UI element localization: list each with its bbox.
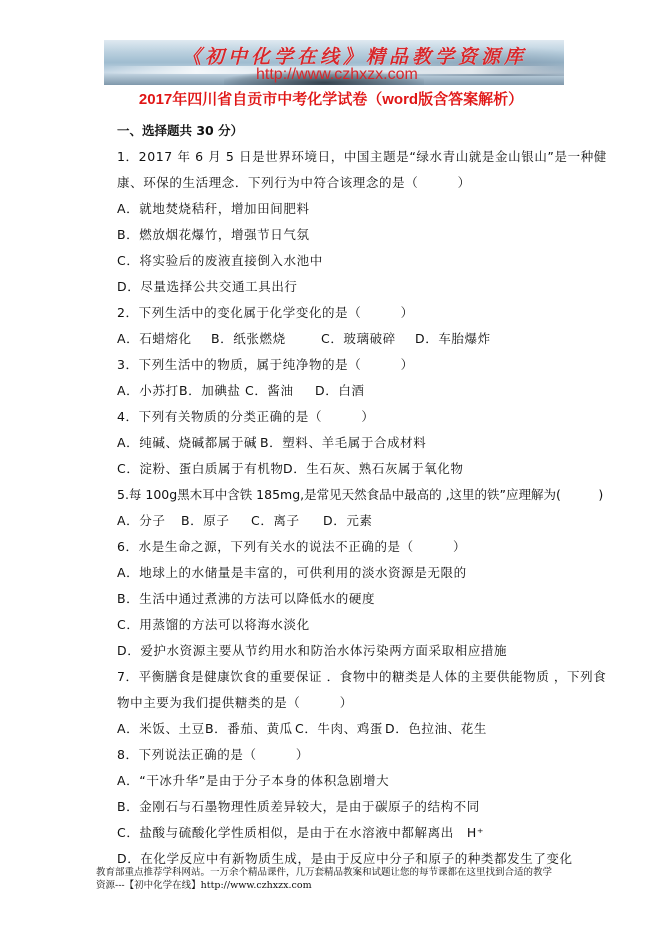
question-4-options-row-1: A．纯碱、烧碱都属于碱B．塑料、羊毛属于合成材料 — [117, 433, 426, 451]
question-2-stem: 2．下列生活中的变化属于化学变化的是（ ） — [117, 303, 414, 321]
question-3-stem: 3．下列生活中的物质，属于纯净物的是（ ） — [117, 355, 414, 373]
question-8-option-c: C．盐酸与硫酸化学性质相似，是由于在水溶液中都解离出 H⁺ — [117, 823, 484, 841]
question-6-stem: 6．水是生命之源，下列有关水的说法不正确的是（ ） — [117, 537, 466, 555]
question-7-stem-line-1: 7．平衡膳食是健康饮食的重要保证 ．食物中的糖类是人体的主要供能物质 ，下列食 — [117, 667, 606, 685]
section-heading: 一、选择题共 30 分） — [117, 121, 243, 139]
question-1-option-a: A．就地焚烧秸秆，增加田间肥料 — [117, 199, 310, 217]
footer-line-1: 教育部重点推荐学科网站。一万余个精品课件，几万套精品教案和试题让您的每节课都在这… — [96, 866, 576, 879]
question-6-option-c: C．用蒸馏的方法可以将海水淡化 — [117, 615, 310, 633]
question-2-option-b: B．纸张燃烧 — [211, 329, 321, 347]
question-7-stem-line-2: 物中主要为我们提供糖类的是（ ） — [117, 693, 353, 711]
question-8-option-a: A．“干冰升华”是由于分子本身的体积急剧增大 — [117, 771, 389, 789]
question-1-stem-line-1: 1．2017 年 6 月 5 日是世界环境日，中国主题是“绿水青山就是金山银山”… — [117, 147, 607, 165]
question-7-option-d: D．色拉油、花生 — [385, 719, 487, 737]
question-5-stem: 5.每 100g黑木耳中含铁 185mg,是常见天然食品中最高的 ,这里的铁”应… — [117, 485, 603, 503]
page-footer: 教育部重点推荐学科网站。一万余个精品课件，几万套精品教案和试题让您的每节课都在这… — [96, 866, 576, 892]
question-1-option-d: D．尽量选择公共交通工具出行 — [117, 277, 298, 295]
question-1-option-b: B．燃放烟花爆竹，增强节日气氛 — [117, 225, 310, 243]
question-1-option-c: C．将实验后的废液直接倒入水池中 — [117, 251, 323, 269]
question-4-option-b: B．塑料、羊毛属于合成材料 — [260, 433, 426, 451]
question-5-option-b: B．原子 — [181, 511, 251, 529]
site-banner: 《初中化学在线》精品教学资源库 http://www.czhxzx.com — [104, 40, 564, 85]
question-8-option-d: D．在化学反应中有新物质生成，是由于反应中分子和原子的种类都发生了变化 — [117, 849, 573, 867]
question-4-stem: 4．下列有关物质的分类正确的是（ ） — [117, 407, 374, 425]
question-5-option-c: C．离子 — [251, 511, 323, 529]
question-4-option-d: D．生石灰、熟石灰属于氧化物 — [283, 459, 464, 477]
question-5-option-a: A．分子 — [117, 511, 181, 529]
question-6-option-b: B．生活中通过煮沸的方法可以降低水的硬度 — [117, 589, 375, 607]
question-4-options-row-2: C．淀粉、蛋白质属于有机物D．生石灰、熟石灰属于氧化物 — [117, 459, 464, 477]
question-7-option-b: B．番茄、黄瓜 — [205, 719, 295, 737]
question-4-option-a: A．纯碱、烧碱都属于碱 — [117, 433, 260, 451]
banner-title: 《初中化学在线》精品教学资源库 — [182, 42, 527, 69]
question-1-stem-line-2: 康、环保的生活理念．下列行为中符合该理念的是（ ） — [117, 173, 471, 191]
question-3-option-c: C．酱油 — [245, 381, 315, 399]
question-7-option-a: A．米饭、土豆 — [117, 719, 205, 737]
question-2-options: A．石蜡熔化B．纸张燃烧C．玻璃破碎D．车胎爆炸 — [117, 329, 491, 347]
document-title: 2017年四川省自贡市中考化学试卷（word版含答案解析） — [0, 88, 662, 109]
question-4-option-c: C．淀粉、蛋白质属于有机物 — [117, 459, 283, 477]
question-6-option-d: D．爱护水资源主要从节约用水和防治水体污染两方面采取相应措施 — [117, 641, 507, 659]
question-3-options: A．小苏打B．加碘盐C．酱油D．白酒 — [117, 381, 365, 399]
question-7-options: A．米饭、土豆B．番茄、黄瓜C．牛肉、鸡蛋D．色拉油、花生 — [117, 719, 487, 737]
question-2-option-d: D．车胎爆炸 — [415, 329, 491, 347]
question-8-option-b: B．金刚石与石墨物理性质差异较大，是由于碳原子的结构不同 — [117, 797, 480, 815]
question-3-option-d: D．白酒 — [315, 381, 365, 399]
question-2-option-c: C．玻璃破碎 — [321, 329, 415, 347]
question-2-option-a: A．石蜡熔化 — [117, 329, 211, 347]
question-7-option-c: C．牛肉、鸡蛋 — [295, 719, 385, 737]
question-3-option-b: B．加碘盐 — [179, 381, 245, 399]
question-6-option-a: A．地球上的水储量是丰富的，可供利用的淡水资源是无限的 — [117, 563, 467, 581]
question-8-stem: 8．下列说法正确的是（ ） — [117, 745, 309, 763]
question-5-options: A．分子B．原子C．离子D．元素 — [117, 511, 373, 529]
question-5-option-d: D．元素 — [323, 511, 373, 529]
footer-line-2-link[interactable]: 资源---【初中化学在线】http://www.czhxzx.com — [96, 879, 576, 892]
banner-url-link[interactable]: http://www.czhxzx.com — [256, 66, 418, 84]
question-3-option-a: A．小苏打 — [117, 381, 179, 399]
